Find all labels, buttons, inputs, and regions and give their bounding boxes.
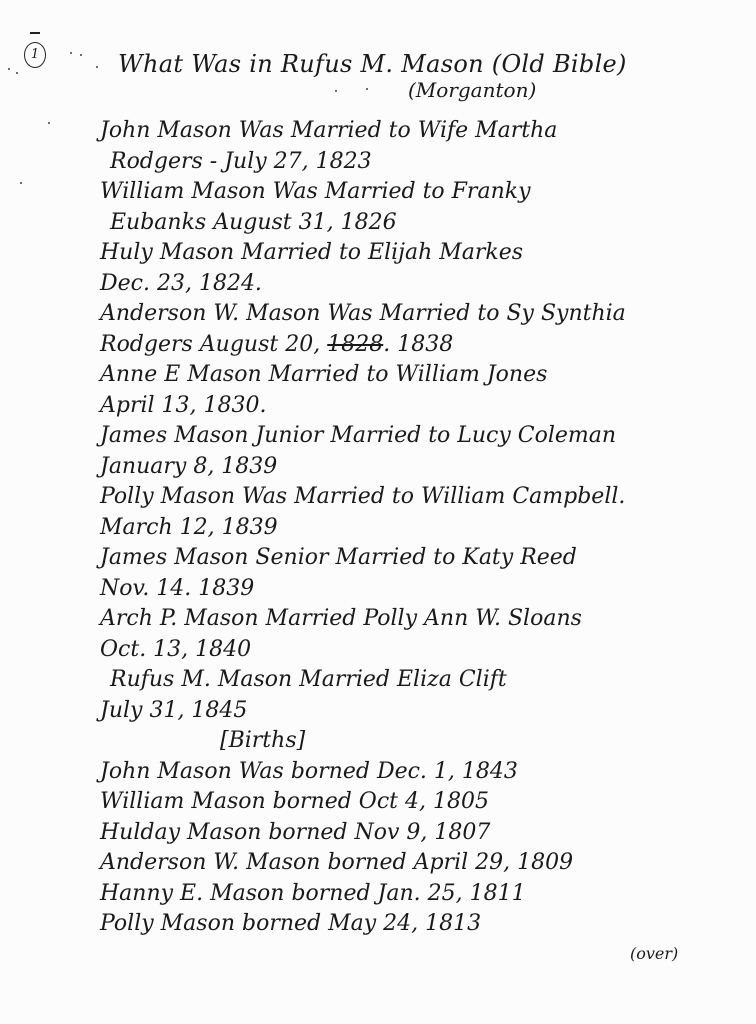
marriage-entry-line: James Mason Senior Married to Katy Reed [100, 543, 720, 574]
marriage-entry-line: Nov. 14. 1839 [100, 574, 720, 605]
document-subtitle: (Morganton) [408, 78, 536, 102]
scan-speck [70, 52, 72, 54]
marriage-entry-line: Huly Mason Married to Elijah Markes [100, 238, 720, 269]
corrected-year: . 1838 [383, 332, 453, 357]
marriage-entry-line: Rufus M. Mason Married Eliza Clift [100, 665, 720, 696]
scan-speck [8, 68, 10, 70]
marriage-entry-line: Arch P. Mason Married Polly Ann W. Sloan… [100, 604, 720, 635]
marriage-entry-line: James Mason Junior Married to Lucy Colem… [100, 421, 720, 452]
page-number: 1 [24, 42, 46, 68]
birth-entry-line: Hulday Mason borned Nov 9, 1807 [100, 818, 720, 849]
marriage-entry-line: Rodgers August 20, 1828. 1838 [100, 330, 720, 361]
scan-speck [16, 72, 18, 74]
marriage-entry-line: March 12, 1839 [100, 513, 720, 544]
scan-speck [366, 88, 368, 90]
marriage-entry-line: July 31, 1845 [100, 696, 720, 727]
page-number-mark [30, 32, 40, 34]
birth-entry-line: Anderson W. Mason borned April 29, 1809 [100, 848, 720, 879]
marriage-entry-line: Oct. 13, 1840 [100, 635, 720, 666]
marriage-entry-line: John Mason Was Married to Wife Martha [100, 116, 720, 147]
continued-over-note: (over) [630, 944, 678, 963]
marriage-entry-line: Dec. 23, 1824. [100, 269, 720, 300]
date-prefix: Rodgers August 20, [100, 332, 327, 357]
document-title: What Was in Rufus M. Mason (Old Bible) [118, 50, 627, 78]
scan-speck [96, 66, 98, 68]
birth-entry-line: William Mason borned Oct 4, 1805 [100, 787, 720, 818]
birth-entry-line: Hanny E. Mason borned Jan. 25, 1811 [100, 879, 720, 910]
marriage-entry-line: April 13, 1830. [100, 391, 720, 422]
birth-entry-line: Polly Mason borned May 24, 1813 [100, 909, 720, 940]
birth-entry-line: John Mason Was borned Dec. 1, 1843 [100, 757, 720, 788]
scan-speck [80, 54, 82, 56]
scan-speck [20, 182, 22, 184]
marriage-entry-line: Polly Mason Was Married to William Campb… [100, 482, 720, 513]
struck-out-year: 1828 [327, 332, 383, 357]
scan-speck [48, 122, 50, 124]
marriage-entry-line: Eubanks August 31, 1826 [100, 208, 720, 239]
marriage-entry-line: William Mason Was Married to Franky [100, 177, 720, 208]
scan-speck [335, 90, 337, 92]
births-heading: [Births] [100, 726, 720, 757]
marriage-entry-line: Rodgers - July 27, 1823 [100, 147, 720, 178]
marriage-entry-line: Anderson W. Mason Was Married to Sy Synt… [100, 299, 720, 330]
marriage-entry-line: January 8, 1839 [100, 452, 720, 483]
marriage-entry-line: Anne E Mason Married to William Jones [100, 360, 720, 391]
scanned-page: 1 What Was in Rufus M. Mason (Old Bible)… [0, 0, 756, 1024]
record-lines: John Mason Was Married to Wife Martha Ro… [100, 116, 720, 940]
